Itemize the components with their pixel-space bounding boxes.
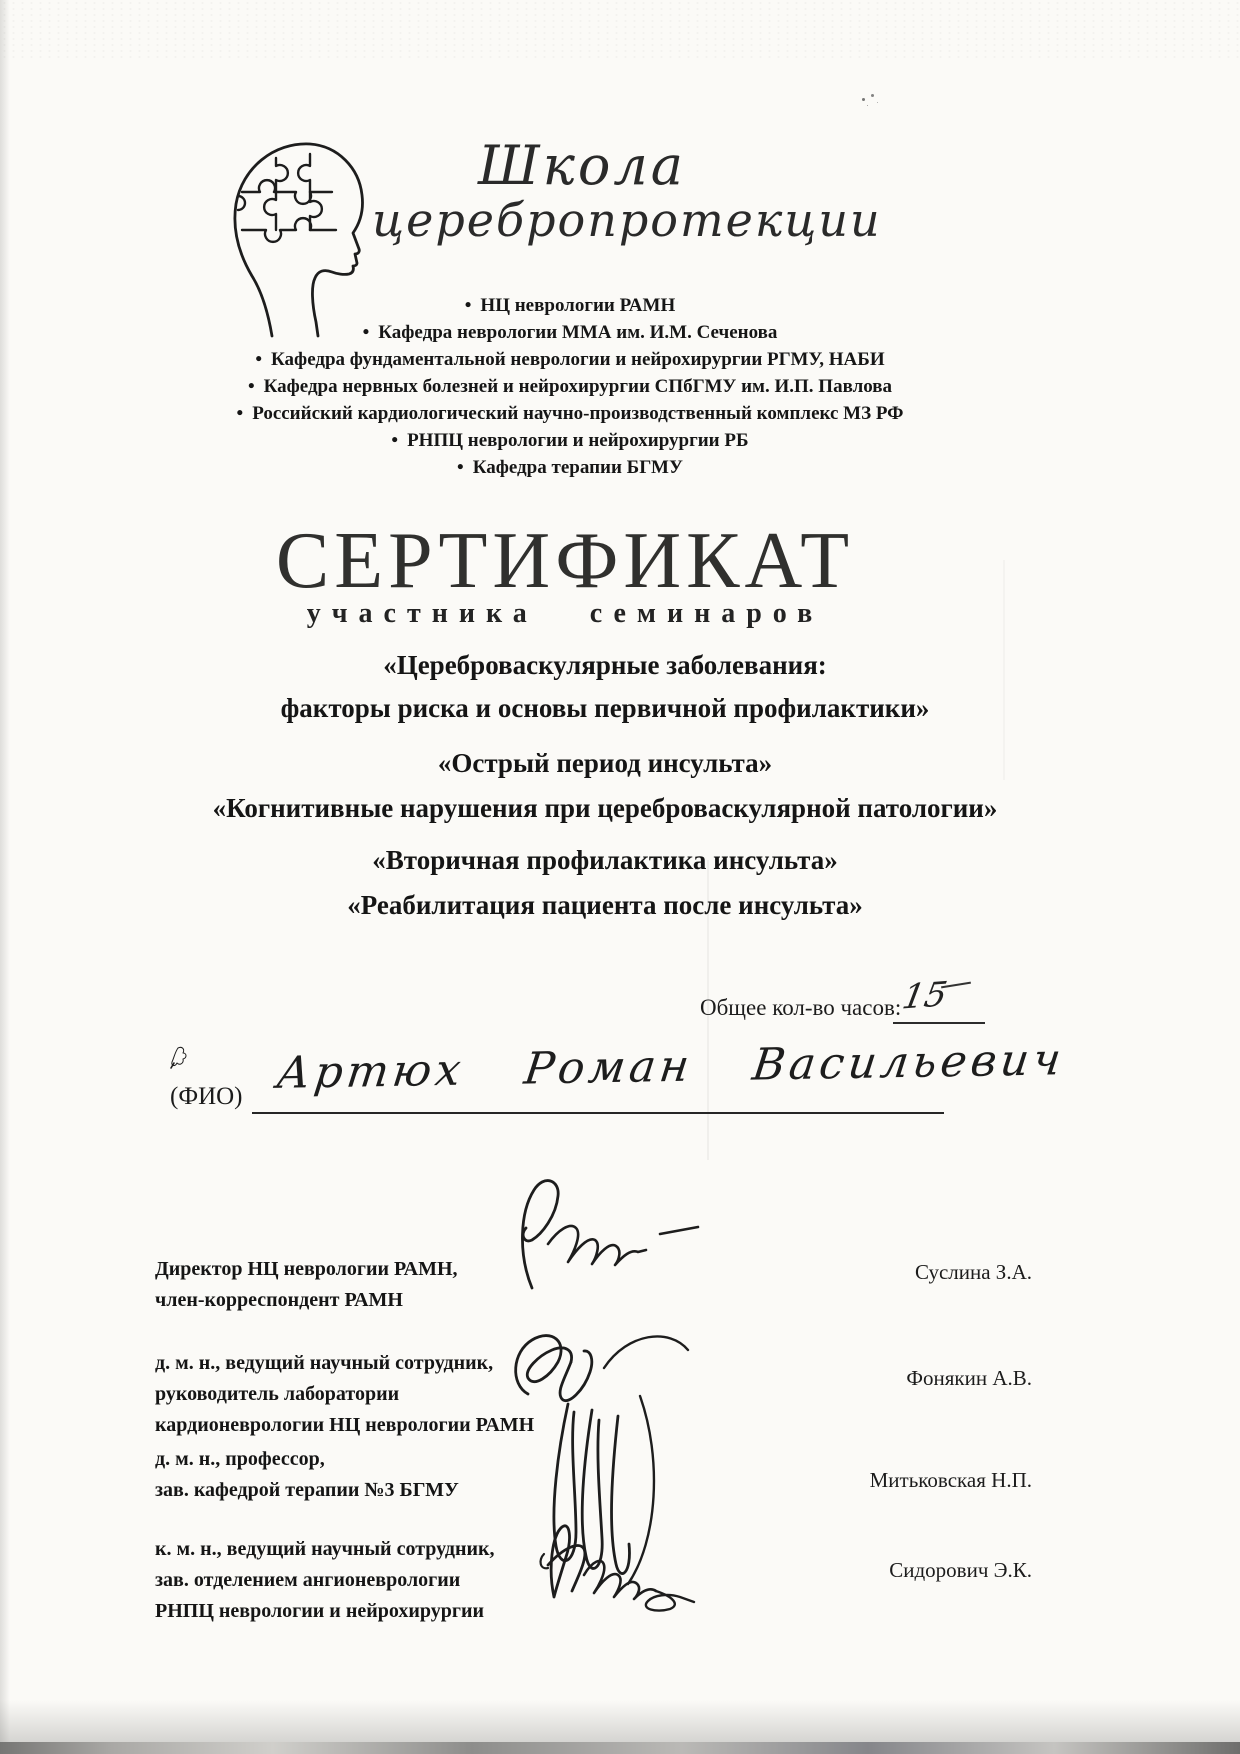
organization-item: РНПЦ неврологии и нейрохирургии РБ [30,427,1110,454]
puzzle-line [242,180,332,204]
signatory-name: Суслина З.А. [790,1260,1032,1285]
seminar-title-line: «Реабилитация пациента после инсульта» [20,890,1190,921]
organization-item: Кафедра терапии БГМУ [30,454,1110,481]
puzzle-line [264,158,288,230]
puzzle-knob [238,196,245,210]
signatory-name: Митьковская Н.П. [790,1468,1032,1493]
scan-shadow-left [0,0,10,1754]
school-name: Школа церебропротекции [372,138,792,246]
organizations-list: НЦ неврологии РАМН Кафедра неврологии ММ… [30,292,1110,481]
fio-label: (ФИО) [170,1083,243,1111]
participant-name-handwritten: Артюх Роман Васильевич [274,1036,962,1099]
seminar-title-line: «Вторичная профилактика инсульта» [20,845,1190,876]
organization-item: Российский кардиологический научно-произ… [30,400,1110,427]
certificate-page: Школа церебропротекции НЦ неврологии РАМ… [0,0,1240,1754]
signatory-name: Фонякин А.В. [790,1366,1032,1391]
signatory-position: д. м. н., ведущий научный сотрудник, рук… [155,1348,625,1441]
signatory-position: д. м. н., профессор, зав. кафедрой терап… [155,1444,625,1506]
fio-underline [252,1112,944,1114]
signatory-position: Директор НЦ неврологии РАМН, член-коррес… [155,1254,625,1316]
hours-underline [893,1022,985,1024]
scan-noise-top [0,0,1240,62]
scan-edge-bottom [0,1742,1240,1754]
organization-item: Кафедра фундаментальной неврологии и ней… [30,346,1110,373]
scan-smudge-bottom [0,1700,1240,1744]
seminar-title-line: «Острый период инсульта» [20,748,1190,779]
organization-item: Кафедра нервных болезней и нейрохирургии… [30,373,1110,400]
certificate-title: СЕРТИФИКАТ [0,516,1130,607]
seminar-title-line: «Когнитивные нарушения при цереброваскул… [20,793,1190,824]
certificate-subtitle: участника семинаров [0,598,1130,630]
hours-value-handwritten: 15 [899,975,950,1018]
puzzle-line [242,218,336,242]
hours-label: Общее кол-во часов: [700,995,901,1021]
signatory-position: к. м. н., ведущий научный сотрудник, зав… [155,1534,625,1627]
organization-item: Кафедра неврологии ММА им. И.М. Сеченова [30,319,1110,346]
seminar-title-line: факторы риска и основы первичной профила… [20,693,1190,724]
scan-speck [862,98,865,101]
school-name-line2: церебропротекции [372,194,792,246]
puzzle-line [298,154,322,230]
school-name-line1: Школа [372,138,792,194]
seminar-title-line: «Цереброваскулярные заболевания: [20,650,1190,681]
signatory-name: Сидорович Э.К. [790,1558,1032,1583]
organization-item: НЦ неврологии РАМН [30,292,1110,319]
ink-blot [168,1044,190,1070]
